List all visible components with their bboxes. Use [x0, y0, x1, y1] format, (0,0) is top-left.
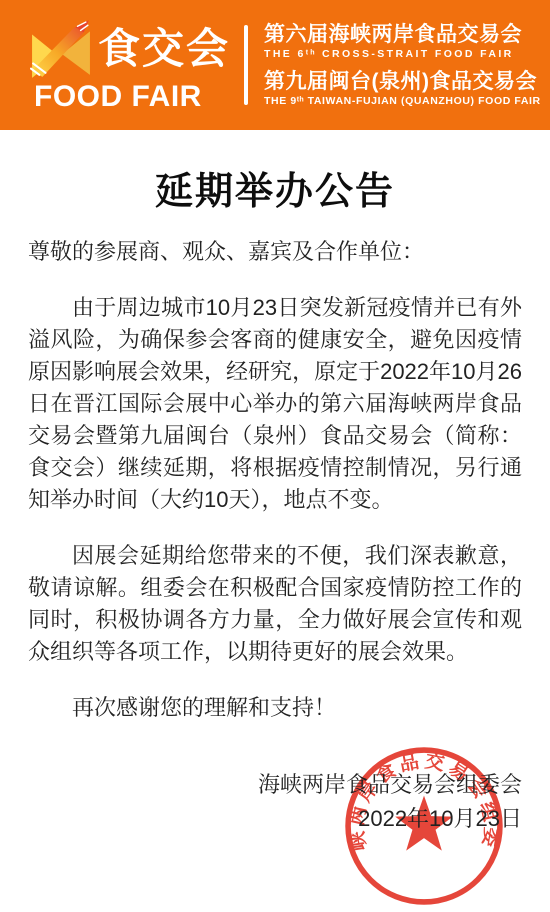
fair-title-6th-cn: 第六届海峡两岸食品交易会 [264, 23, 541, 46]
signature-date: 2022年10月23日 [28, 802, 522, 836]
fair-title-6th: 第六届海峡两岸食品交易会 THE 6ᵗʰ CROSS-STRAIT FOOD F… [264, 23, 541, 61]
fair-titles: 第六届海峡两岸食品交易会 THE 6ᵗʰ CROSS-STRAIT FOOD F… [264, 23, 541, 107]
banner-divider [244, 25, 248, 105]
food-fair-logo-icon [30, 18, 92, 80]
logo-title-cn: 食交会 [98, 28, 230, 70]
brand-banner: 食交会 FOOD FAIR 第六届海峡两岸食品交易会 THE 6ᵗʰ CROSS… [0, 0, 550, 130]
notice-page: 食交会 FOOD FAIR 第六届海峡两岸食品交易会 THE 6ᵗʰ CROSS… [0, 0, 550, 912]
fair-title-9th: 第九届闽台(泉州)食品交易会 THE 9ᵗʰ TAIWAN-FUJIAN (QU… [264, 70, 541, 108]
food-fair-logo: 食交会 FOOD FAIR [30, 18, 230, 112]
notice-title: 延期举办公告 [28, 170, 522, 214]
paragraph-2: 因展会延期给您带来的不便，我们深表歉意，敬请谅解。组委会在积极配合国家疫情防控工… [28, 540, 522, 668]
fair-title-9th-cn: 第九届闽台(泉州)食品交易会 [264, 70, 541, 93]
fair-title-6th-en: THE 6ᵗʰ CROSS-STRAIT FOOD FAIR [264, 48, 541, 61]
signature-org: 海峡两岸食品交易会组委会 [28, 768, 522, 802]
fair-title-9th-en: THE 9ᵗʰ TAIWAN-FUJIAN (QUANZHOU) FOOD FA… [264, 95, 541, 108]
logo-title-en: FOOD FAIR [34, 82, 230, 112]
notice-body: 延期举办公告 尊敬的参展商、观众、嘉宾及合作单位： 由于周边城市10月23日突发… [0, 170, 550, 724]
salutation: 尊敬的参展商、观众、嘉宾及合作单位： [28, 236, 522, 268]
paragraph-1: 由于周边城市10月23日突发新冠疫情并已有外溢风险，为确保参会客商的健康安全，避… [28, 292, 522, 516]
signature-block: 海峡两岸食品交易会组委会 2022年10月23日 [0, 768, 550, 836]
paragraph-thanks: 再次感谢您的理解和支持！ [28, 692, 522, 724]
